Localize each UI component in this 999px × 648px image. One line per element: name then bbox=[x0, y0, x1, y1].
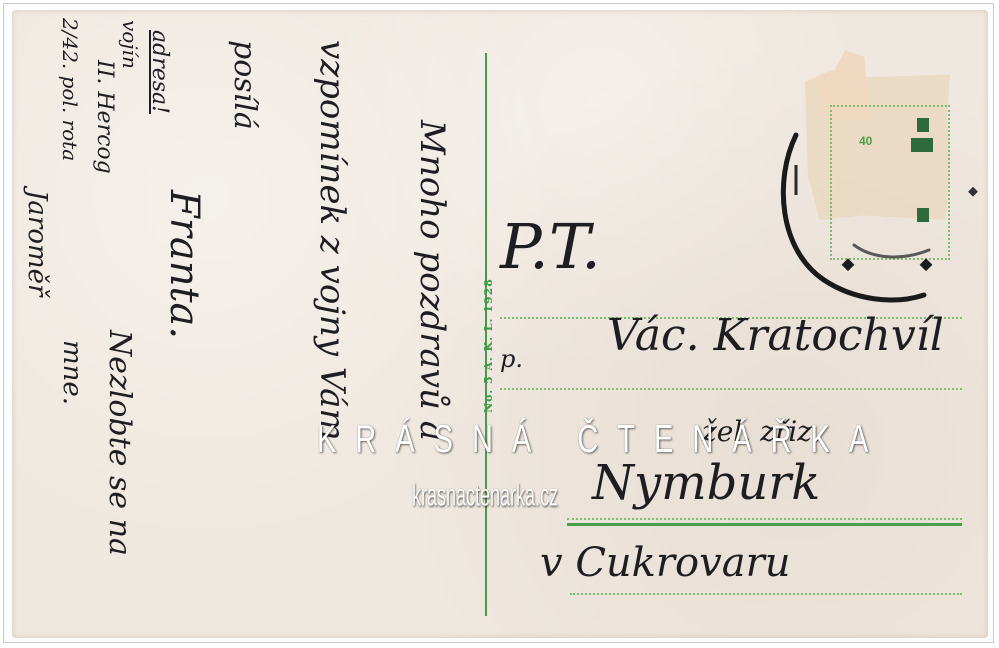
postcard: No. 5 A. K. L. 1928 40 P.T. p. Vác. Krat… bbox=[12, 10, 988, 638]
message-line-9: II. Hercog bbox=[92, 60, 117, 174]
address-line-4 bbox=[570, 593, 962, 595]
printer-imprint: No. 5 A. K. L. 1928 bbox=[478, 260, 498, 430]
imprint-text: No. 5 A. K. L. 1928 bbox=[482, 278, 495, 413]
message-line-4: Franta. bbox=[161, 190, 207, 339]
message-line-3: posílá bbox=[227, 40, 262, 130]
watermark-url: krasnactenarka.cz bbox=[412, 478, 558, 514]
address-name: Vác. Kratochvíl bbox=[607, 310, 944, 361]
message-line-8: vojín bbox=[118, 20, 142, 69]
message-line-2: vzpomínek z vojny Vám bbox=[312, 40, 352, 441]
address-salutation: P.T. bbox=[500, 210, 601, 283]
stamp-corner-mark bbox=[917, 208, 929, 222]
message-line-6: mne. bbox=[57, 340, 87, 405]
stamp-corner-mark bbox=[917, 118, 929, 132]
message-line-7: adresa! bbox=[147, 30, 172, 114]
message-line-1: Mnoho pozdravů a bbox=[412, 120, 452, 441]
address-line-3-underline bbox=[567, 523, 962, 526]
message-line-10: 2/42. pol. rota bbox=[58, 18, 82, 161]
stamp-value: 40 bbox=[859, 134, 872, 148]
stamp-frame bbox=[830, 105, 950, 260]
watermark-title: KRÁSNÁ ČTENÁŘKA bbox=[317, 418, 712, 463]
address-prefix: p. bbox=[500, 345, 523, 373]
message-line-5: Nezlobte se na bbox=[102, 330, 137, 556]
address-city: Nymburk bbox=[592, 455, 820, 511]
stamp: 40 bbox=[795, 50, 950, 220]
address-line-2 bbox=[500, 388, 962, 390]
address-line-3 bbox=[567, 518, 962, 520]
stamp-corner-mark bbox=[911, 138, 933, 152]
address-locality: v Cukrovaru bbox=[540, 540, 790, 586]
message-line-11: Jaroměř bbox=[22, 190, 52, 296]
